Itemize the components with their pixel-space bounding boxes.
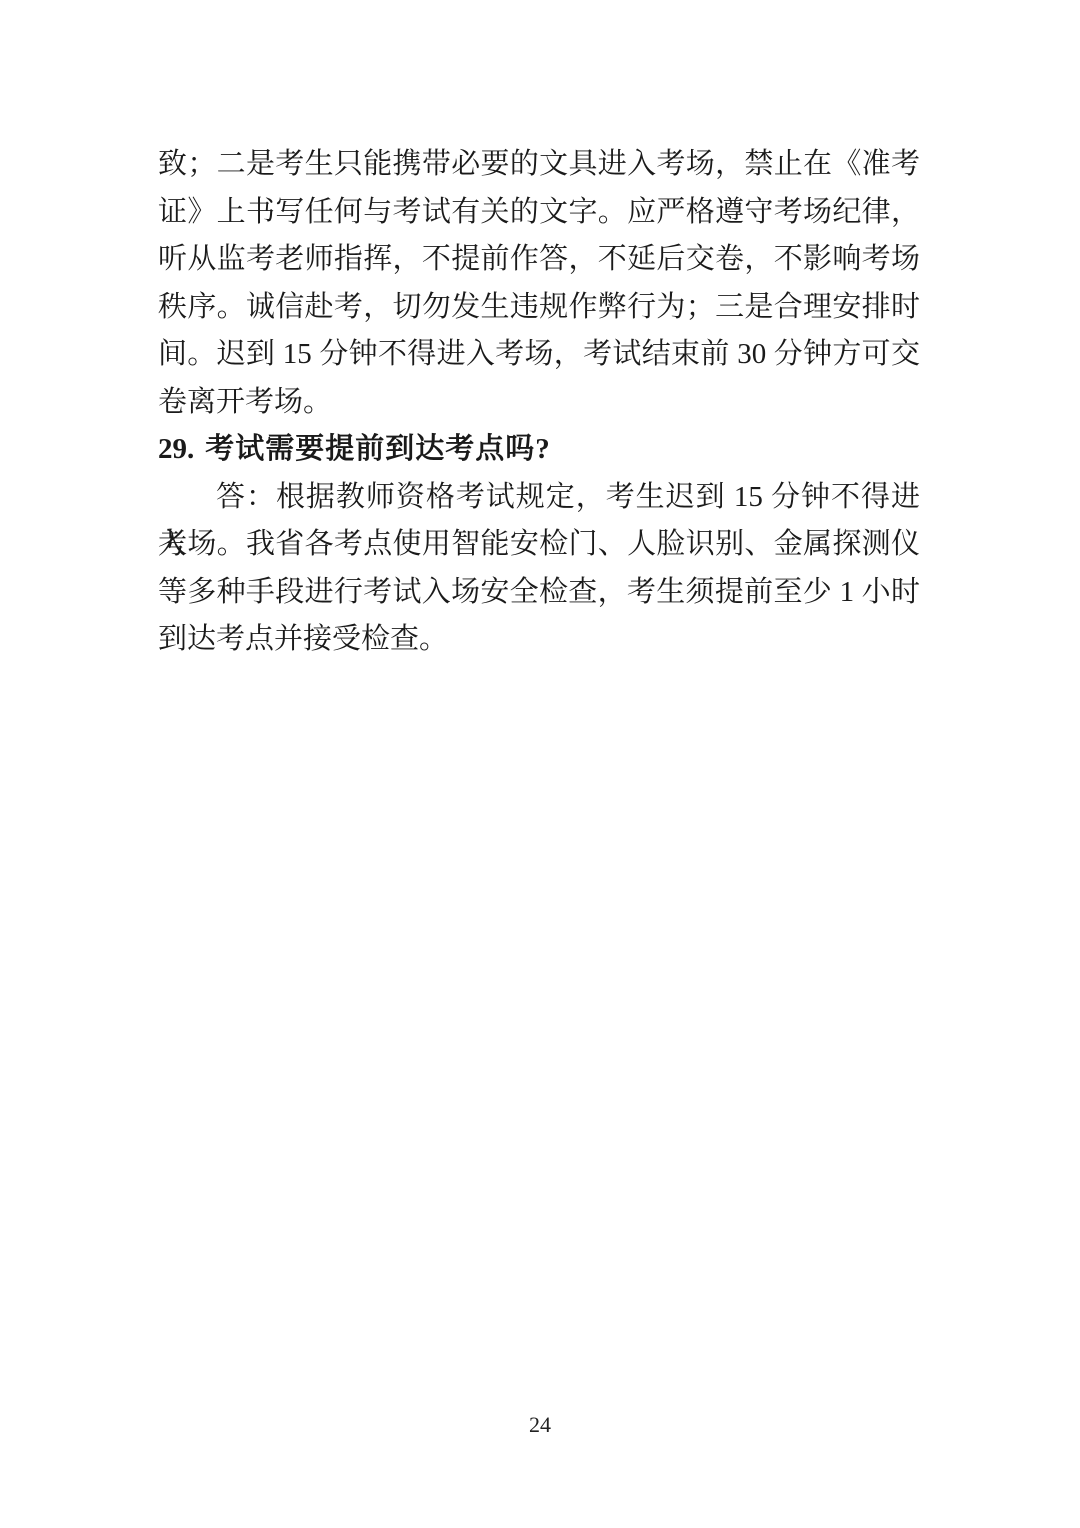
paragraph-line: 秩序。诚信赴考，切勿发生违规作弊行为；三是合理安排时 <box>158 284 920 332</box>
paragraph-line: 致；二是考生只能携带必要的文具进入考场，禁止在《准考 <box>158 141 920 189</box>
paragraph-line: 证》上书写任何与考试有关的文字。应严格遵守考场纪律， <box>158 189 920 237</box>
answer-line: 等多种手段进行考试入场安全检查，考生须提前至少 1 小时 <box>158 569 920 617</box>
answer-line: 到达考点并接受检查。 <box>158 616 920 664</box>
paragraph-line: 间。迟到 15 分钟不得进入考场，考试结束前 30 分钟方可交 <box>158 331 920 379</box>
text-block: 致；二是考生只能携带必要的文具进入考场，禁止在《准考 证》上书写任何与考试有关的… <box>158 141 920 664</box>
question-number: 29. <box>158 433 194 465</box>
paragraph-line: 卷离开考场。 <box>158 379 920 427</box>
question-heading: 29.考试需要提前到达考点吗? <box>158 426 920 474</box>
page-number: 24 <box>0 1412 1080 1438</box>
answer-line: 答：根据教师资格考试规定，考生迟到 15 分钟不得进入 <box>158 474 920 522</box>
document-page: 致；二是考生只能携带必要的文具进入考场，禁止在《准考 证》上书写任何与考试有关的… <box>0 0 1080 1528</box>
paragraph-line: 听从监考老师指挥，不提前作答，不延后交卷，不影响考场 <box>158 236 920 284</box>
question-title: 考试需要提前到达考点吗? <box>205 433 551 465</box>
answer-line: 考场。我省各考点使用智能安检门、人脸识别、金属探测仪 <box>158 521 920 569</box>
